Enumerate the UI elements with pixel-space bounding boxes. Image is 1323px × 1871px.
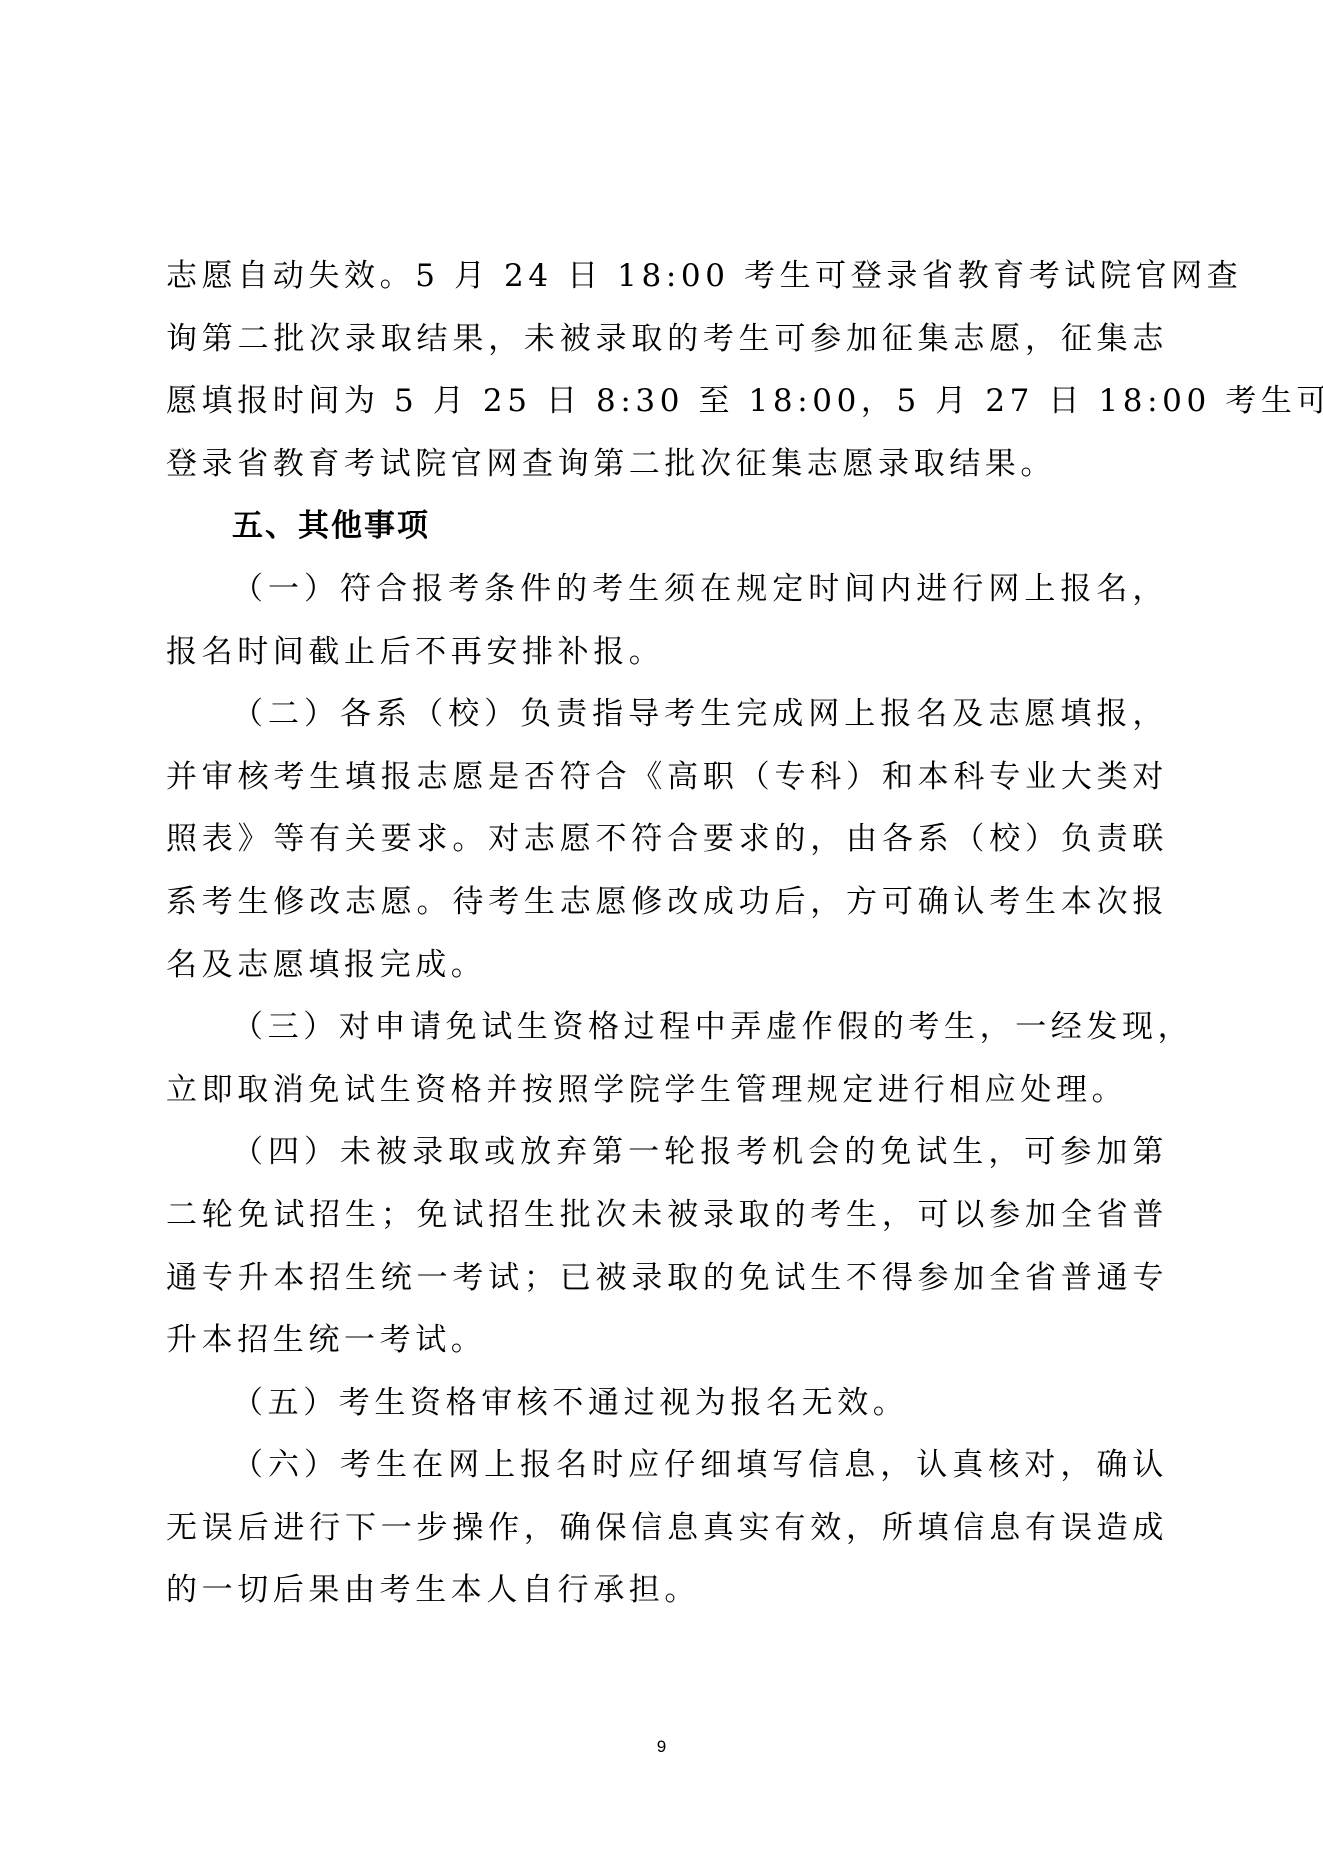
text-line: 并审核考生填报志愿是否符合《高职（专科）和本科专业大类对 (166, 746, 1168, 809)
body-text: 志愿自动失效。5 月 24 日 18:00 考生可登录省教育考试院官网查 询第二… (166, 245, 1168, 1622)
document-page: 志愿自动失效。5 月 24 日 18:00 考生可登录省教育考试院官网查 询第二… (0, 0, 1323, 1871)
list-item-4: （四）未被录取或放弃第一轮报考机会的免试生，可参加第 二轮免试招生；免试招生批次… (166, 1121, 1168, 1371)
text-line: （六）考生在网上报名时应仔细填写信息，认真核对，确认 (166, 1434, 1168, 1497)
text-line: 立即取消免试生资格并按照学院学生管理规定进行相应处理。 (166, 1059, 1168, 1122)
text-line: 二轮免试招生；免试招生批次未被录取的考生，可以参加全省普 (166, 1184, 1168, 1247)
list-item-6: （六）考生在网上报名时应仔细填写信息，认真核对，确认 无误后进行下一步操作，确保… (166, 1434, 1168, 1622)
list-item-5: （五）考生资格审核不通过视为报名无效。 (166, 1372, 1168, 1435)
list-item-1: （一）符合报考条件的考生须在规定时间内进行网上报名， 报名时间截止后不再安排补报… (166, 558, 1168, 683)
page-number: 9 (0, 1737, 1323, 1757)
text-line: 系考生修改志愿。待考生志愿修改成功后，方可确认考生本次报 (166, 871, 1168, 934)
text-line: 报名时间截止后不再安排补报。 (166, 621, 1168, 684)
text-line: 的一切后果由考生本人自行承担。 (166, 1559, 1168, 1622)
text-line: 升本招生统一考试。 (166, 1309, 1168, 1372)
text-line: （三）对申请免试生资格过程中弄虚作假的考生，一经发现， (166, 996, 1168, 1059)
text-line: 志愿自动失效。5 月 24 日 18:00 考生可登录省教育考试院官网查 (166, 245, 1168, 308)
text-line: 通专升本招生统一考试；已被录取的免试生不得参加全省普通专 (166, 1247, 1168, 1310)
text-line: 照表》等有关要求。对志愿不符合要求的，由各系（校）负责联 (166, 808, 1168, 871)
text-line: 登录省教育考试院官网查询第二批次征集志愿录取结果。 (166, 433, 1168, 496)
text-line: 愿填报时间为 5 月 25 日 8:30 至 18:00，5 月 27 日 18… (166, 370, 1168, 433)
list-item-3: （三）对申请免试生资格过程中弄虚作假的考生，一经发现， 立即取消免试生资格并按照… (166, 996, 1168, 1121)
text-line: 无误后进行下一步操作，确保信息真实有效，所填信息有误造成 (166, 1497, 1168, 1560)
text-line: （二）各系（校）负责指导考生完成网上报名及志愿填报， (166, 683, 1168, 746)
text-line: （一）符合报考条件的考生须在规定时间内进行网上报名， (166, 558, 1168, 621)
text-line: （五）考生资格审核不通过视为报名无效。 (166, 1372, 1168, 1435)
text-line: （四）未被录取或放弃第一轮报考机会的免试生，可参加第 (166, 1121, 1168, 1184)
continuation-paragraph: 志愿自动失效。5 月 24 日 18:00 考生可登录省教育考试院官网查 询第二… (166, 245, 1168, 495)
list-item-2: （二）各系（校）负责指导考生完成网上报名及志愿填报， 并审核考生填报志愿是否符合… (166, 683, 1168, 996)
text-line: 询第二批次录取结果，未被录取的考生可参加征集志愿，征集志 (166, 308, 1168, 371)
text-line: 名及志愿填报完成。 (166, 934, 1168, 997)
section-heading: 五、其他事项 (166, 495, 1168, 558)
